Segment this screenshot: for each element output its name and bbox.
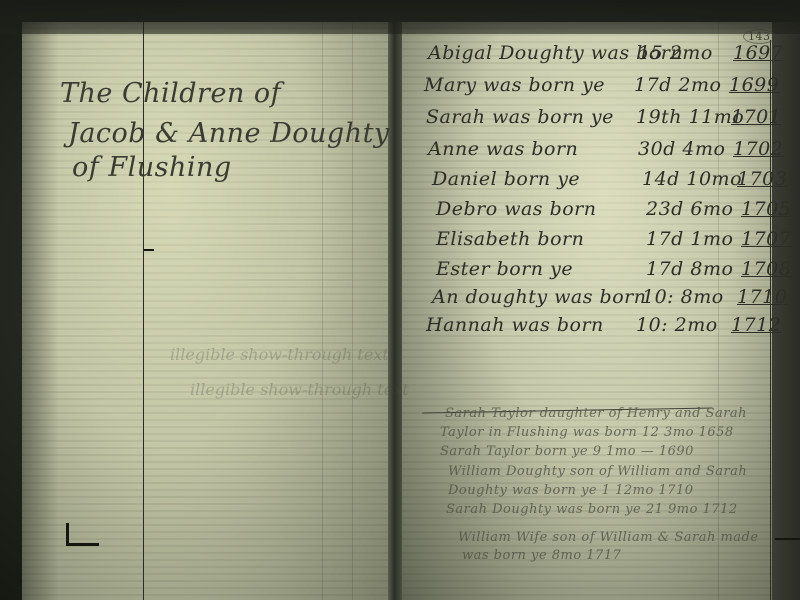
registration-tick [775, 538, 800, 540]
entry-date: 10: 2mo [636, 314, 718, 336]
entry-text: Hannah was born [426, 314, 604, 336]
birth-entry: Daniel born ye 14d 10mo 1703 [432, 168, 772, 190]
corner-registration-mark [66, 523, 99, 546]
entry-text: Mary was born ye [424, 74, 605, 96]
later-note-line: Doughty was born ye 1 12mo 1710 [448, 483, 694, 498]
entry-date: 10: 8mo [642, 286, 724, 308]
entry-text: Elisabeth born [436, 228, 584, 250]
birth-entry: Debro was born 23d 6mo 1705 [436, 198, 776, 220]
birth-entry: Ester born ye 17d 8mo 1708 [436, 258, 776, 280]
entry-year: 1697 [733, 42, 783, 64]
entry-date: 19th 11mo [636, 106, 744, 128]
entry-date: 14d 10mo [642, 168, 742, 190]
heading-line-3: of Flushing [72, 152, 232, 183]
entry-year: 1712 [731, 314, 781, 336]
heading-line-2: Jacob & Anne Doughty [68, 118, 390, 149]
entry-date: 23d 6mo [646, 198, 733, 220]
entry-year: 1708 [741, 258, 791, 280]
birth-entry: Abigal Doughty was born 15 2mo 1697 [428, 42, 768, 64]
ledger-column-line [322, 22, 323, 600]
later-note-line: William Wife son of William & Sarah made [458, 530, 759, 545]
entry-text: Debro was born [436, 198, 597, 220]
later-note-line: Sarah Taylor born ye 9 1mo — 1690 [440, 444, 694, 459]
top-shadow [0, 0, 800, 34]
bleed-through-text: illegible show-through text [170, 345, 389, 364]
entry-year: 1705 [741, 198, 791, 220]
registration-tick [144, 249, 154, 251]
entry-year: 1701 [731, 106, 781, 128]
page-number: 143 [743, 29, 776, 44]
entry-text: Sarah was born ye [426, 106, 614, 128]
later-note-line: Taylor in Flushing was born 12 3mo 1658 [440, 425, 734, 440]
entry-date: 17d 1mo [646, 228, 733, 250]
entry-year: 1703 [737, 168, 787, 190]
birth-entry: Hannah was born 10: 2mo 1712 [426, 314, 766, 336]
book-gutter [388, 22, 402, 600]
later-note-line: William Doughty son of William and Sarah [448, 464, 747, 479]
entry-text: Anne was born [428, 138, 578, 160]
entry-date: 15 2mo [638, 42, 713, 64]
entry-year: 1707 [741, 228, 791, 250]
later-note-line: Sarah Taylor daughter of Henry and Sarah [445, 406, 747, 421]
heading-line-1: The Children of [60, 78, 281, 109]
ledger-column-line [352, 22, 353, 600]
later-note-line: was born ye 8mo 1717 [462, 548, 621, 563]
birth-entry: An doughty was born 10: 8mo 1710 [432, 286, 772, 308]
entry-text: Ester born ye [436, 258, 573, 280]
birth-entry: Elisabeth born 17d 1mo 1707 [436, 228, 776, 250]
entry-year: 1699 [729, 74, 779, 96]
entry-year: 1710 [737, 286, 787, 308]
entry-year: 1702 [733, 138, 783, 160]
bleed-through-text: illegible show-through text [190, 380, 409, 399]
entry-date: 17d 8mo [646, 258, 733, 280]
later-note-line: Sarah Doughty was born ye 21 9mo 1712 [446, 502, 738, 517]
entry-date: 17d 2mo [634, 74, 721, 96]
entry-date: 30d 4mo [638, 138, 725, 160]
birth-entry: Sarah was born ye 19th 11mo 1701 [426, 106, 766, 128]
birth-entry: Anne was born 30d 4mo 1702 [428, 138, 768, 160]
birth-entry: Mary was born ye 17d 2mo 1699 [424, 74, 764, 96]
entry-text: An doughty was born [432, 286, 646, 308]
entry-text: Daniel born ye [432, 168, 580, 190]
